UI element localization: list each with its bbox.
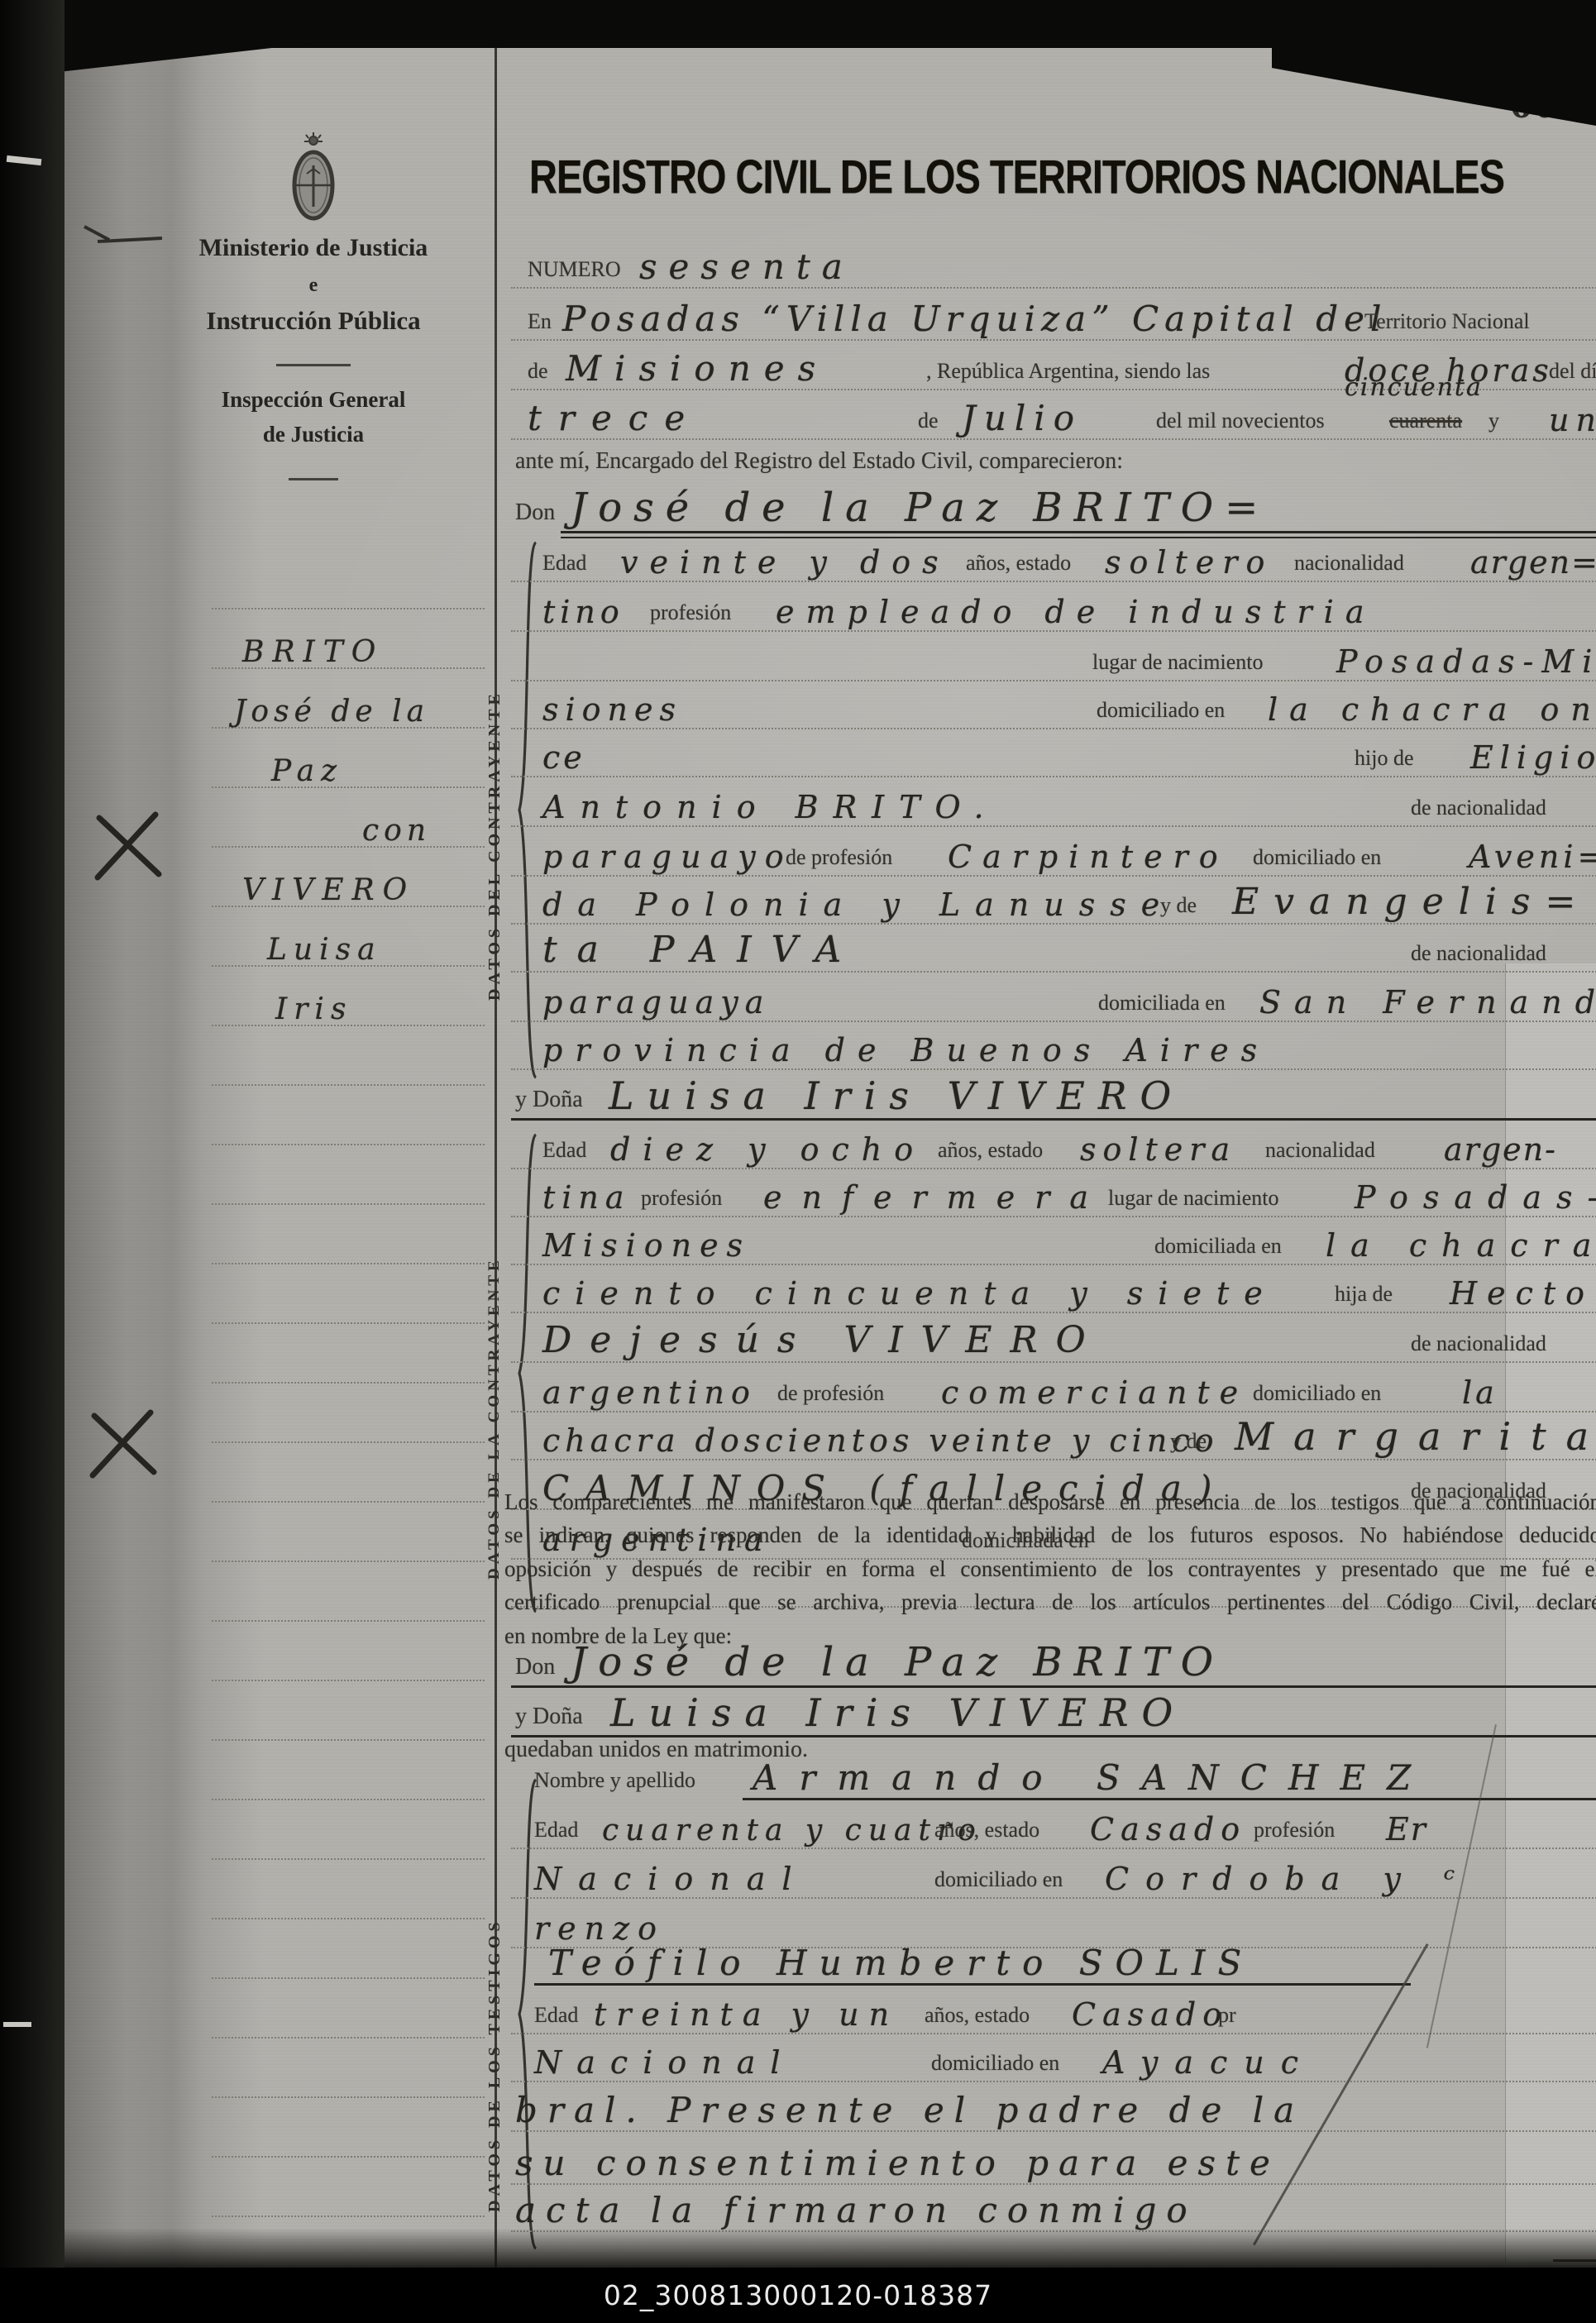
form-row: Edadveinte y dosaños, estadosolteronacio… xyxy=(511,534,1596,582)
printed-label: domiciliada en xyxy=(1098,991,1226,1016)
handwritten-entry: tina xyxy=(542,1179,631,1216)
form-row: lugar de nacimientoPosadas-Mi= xyxy=(511,633,1596,681)
handwritten-entry: Ayacuc xyxy=(1102,2044,1315,2081)
archive-code: 02_300813000120-018387 xyxy=(604,2279,992,2311)
printed-label: y de xyxy=(1170,1429,1207,1454)
printed-label: NUMERO xyxy=(528,257,621,282)
closing-paragraph-line: en nombre de la Ley que: xyxy=(504,1619,1596,1652)
printed-label: de xyxy=(528,359,548,384)
printed-label: lugar de nacimiento xyxy=(1108,1186,1278,1211)
handwritten-entry: San Fernando xyxy=(1259,984,1596,1020)
handwritten-entry: Carpintero xyxy=(948,839,1229,875)
printed-label: lugar de nacimiento xyxy=(1092,650,1263,675)
printed-label: y xyxy=(1488,409,1499,433)
spine-mark xyxy=(7,155,42,165)
printed-label: de nacionalidad xyxy=(1411,941,1546,966)
handwritten-entry: Misiones xyxy=(542,1227,751,1264)
printed-label: profesión xyxy=(650,600,731,625)
handwritten-entry: Margarita xyxy=(1235,1414,1596,1459)
form-row: ciento cincuenta y sietehija deHector xyxy=(511,1265,1596,1313)
printed-label: años, estado xyxy=(966,551,1071,576)
handwritten-entry: Armando SANCHEZ xyxy=(753,1757,1432,1798)
printed-label: domiciliado en xyxy=(1253,845,1381,870)
form-row: tinaprofesiónenfermeralugar de nacimient… xyxy=(511,1169,1596,1217)
printed-label: Territorio Nacional xyxy=(1364,309,1530,334)
handwritten-entry: Luisa Iris VIVERO xyxy=(609,1073,1184,1118)
form-row: provincia de Buenos Aires xyxy=(511,1022,1596,1070)
form-row: ante mí, Encargado del Registro del Esta… xyxy=(511,433,1596,480)
handwritten-entry: Julio xyxy=(962,398,1082,438)
handwritten-entry: José de la Paz BRITO= xyxy=(571,485,1269,531)
form-row: DonJosé de la Paz BRITO= xyxy=(561,485,1596,533)
printed-label: años, estado xyxy=(934,1818,1039,1843)
handwritten-entry: Dejesús VIVERO xyxy=(542,1319,1104,1361)
handwritten-entry: argentino xyxy=(542,1374,757,1411)
handwritten-entry: soltera xyxy=(1080,1131,1236,1168)
handwritten-entry: Nacional xyxy=(534,2044,796,2081)
printed-label: ante mí, Encargado del Registro del Esta… xyxy=(515,448,1123,475)
handwritten-entry: treinta y un xyxy=(594,1996,899,2033)
printed-label: pr xyxy=(1218,2003,1236,2028)
printed-label: Don xyxy=(515,499,555,526)
handwritten-entry: provincia de Buenos Aires xyxy=(542,1032,1269,1068)
printed-label: domiciliada en xyxy=(1154,1234,1282,1259)
printed-label: del día xyxy=(1549,359,1596,384)
handwritten-entry: paraguaya xyxy=(542,984,770,1020)
handwritten-entry: comerciante xyxy=(941,1374,1248,1411)
form-row: argentinode profesióncomerciantedomicili… xyxy=(511,1365,1596,1412)
closing-paragraph-line: certificado prenupcial que se archiva, p… xyxy=(504,1585,1596,1618)
closing-paragraph: Los comparecientes me manifestaron que q… xyxy=(504,1485,1596,1652)
printed-label: de nacionalidad xyxy=(1411,796,1546,820)
printed-label: del mil novecientos xyxy=(1156,409,1325,433)
handwritten-entry: chacra doscientos veinte y cinco xyxy=(542,1422,1218,1459)
book-spine xyxy=(0,0,65,2323)
form-row: sionesdomiciliado enla chacra on= xyxy=(511,681,1596,729)
scan-bottom-bar: 02_300813000120-018387 xyxy=(0,2268,1596,2323)
printed-label: nacionalidad xyxy=(1265,1138,1375,1163)
printed-label: de profesión xyxy=(777,1381,884,1406)
printed-label: domiciliado en xyxy=(1253,1381,1381,1406)
handwritten-entry: la chacra on= xyxy=(1268,691,1596,728)
handwritten-entry: da Polonia y Lanusse xyxy=(542,887,1174,923)
printed-label: domiciliado en xyxy=(934,1867,1063,1892)
form-row: su consentimiento para este xyxy=(511,2137,1596,2185)
form-row: Teófilo Humberto SOLIS xyxy=(534,1937,1411,1986)
printed-label: y de xyxy=(1160,893,1197,918)
form-row: da Polonia y Lanussey deEvangelis= xyxy=(511,877,1596,925)
form-row: Edadtreinta y unaños, estadoCasadopr xyxy=(511,1986,1596,2034)
handwritten-entry: siones xyxy=(542,691,682,728)
printed-label: de xyxy=(918,409,939,433)
closing-paragraph-line: oposición y después de recibir en forma … xyxy=(504,1552,1596,1585)
form-row: tinoprofesiónempleado de industria xyxy=(511,584,1596,632)
handwritten-entry: ce xyxy=(542,739,585,776)
printed-label: años, estado xyxy=(938,1138,1043,1163)
handwritten-entry: veinte y dos xyxy=(620,544,950,581)
printed-label: hijo de xyxy=(1355,746,1414,771)
handwritten-entry: Posadas- xyxy=(1355,1179,1596,1216)
handwritten-entry: Posadas-Mi= xyxy=(1336,643,1596,680)
printed-label: , República Argentina, siendo las xyxy=(926,359,1210,384)
form-row: chacra doscientos veinte y cincoy deMarg… xyxy=(511,1412,1596,1460)
printed-label: profesión xyxy=(641,1186,722,1211)
handwritten-entry: Evangelis= xyxy=(1232,881,1590,923)
handwritten-entry: soltero xyxy=(1105,544,1273,581)
handwritten-entry: enfermera xyxy=(763,1179,1108,1216)
handwritten-entry: paraguayo xyxy=(542,839,793,875)
handwritten-entry: cincuenta xyxy=(1345,373,1483,402)
form-rows: NUMEROsesentaEnPosadas “Villa Urquiza” C… xyxy=(65,0,1596,2323)
handwritten-entry: sesenta xyxy=(639,246,854,287)
printed-label: domiciliado en xyxy=(1097,698,1225,723)
form-row: Nacionaldomiciliado enCordoba y ᶜ xyxy=(511,1851,1596,1899)
page-bottom-shadow xyxy=(65,2228,1596,2268)
handwritten-entry: argen- xyxy=(1444,1131,1557,1168)
handwritten-entry: Aveni= xyxy=(1469,839,1596,875)
printed-label: domiciliado en xyxy=(931,2051,1059,2076)
form-row: Nacionaldomiciliado enAyacuc xyxy=(511,2034,1596,2082)
handwritten-entry: Casado xyxy=(1090,1811,1246,1847)
form-row: bral. Presente el padre de la xyxy=(511,2084,1596,2132)
printed-label: nacionalidad xyxy=(1294,551,1404,576)
form-row: Misionesdomiciliada enla chacra xyxy=(511,1217,1596,1265)
handwritten-entry: Eligio xyxy=(1470,739,1596,776)
printed-label: Edad xyxy=(534,2003,578,2028)
printed-label: Edad xyxy=(542,1138,586,1163)
handwritten-entry: diez y ocho xyxy=(610,1131,925,1168)
printed-label: profesión xyxy=(1254,1818,1335,1843)
form-row: paraguayode profesiónCarpinterodomicilia… xyxy=(511,829,1596,877)
form-row: NUMEROsesenta xyxy=(511,241,1596,289)
form-row: Nombre y apellidoArmando SANCHEZ xyxy=(743,1752,1596,1800)
handwritten-entry: cuarenta y cuatro xyxy=(602,1814,982,1847)
form-row: ta PAIVAde nacionalidad xyxy=(511,925,1596,973)
handwritten-entry: ta PAIVA xyxy=(542,929,861,971)
spine-mark xyxy=(3,2022,31,2027)
printed-label: Nombre y apellido xyxy=(534,1768,695,1793)
handwritten-entry: ciento cincuenta y siete xyxy=(542,1275,1278,1312)
handwritten-entry: acta la firmaron conmigo xyxy=(515,2190,1197,2230)
handwritten-entry: tino xyxy=(542,594,624,630)
printed-label: y Doña xyxy=(515,1087,583,1113)
handwritten-entry: Cordoba y ᶜ xyxy=(1105,1861,1471,1897)
handwritten-entry: Posadas “Villa Urquiza” Capital del xyxy=(562,299,1387,339)
printed-label: años, estado xyxy=(925,2003,1030,2028)
printed-label: hija de xyxy=(1335,1282,1393,1307)
form-row: Edaddiez y ochoaños, estadosolteranacion… xyxy=(511,1121,1596,1169)
handwritten-entry: argen= xyxy=(1470,544,1596,581)
printed-label: cuarenta xyxy=(1389,409,1462,433)
closing-paragraph-line: se indican, quienes responden de la iden… xyxy=(504,1518,1596,1551)
form-row: Edadcuarenta y cuatroaños, estadoCasadop… xyxy=(511,1801,1596,1849)
handwritten-entry: Teófilo Humberto SOLIS xyxy=(548,1943,1254,1983)
registro-civil-page: Ministerio de Justicia e Instrucción Púb… xyxy=(65,0,1596,2323)
handwritten-entry: Misiones xyxy=(566,348,829,389)
printed-label: de nacionalidad xyxy=(1411,1331,1546,1356)
printed-label: En xyxy=(528,309,552,334)
form-row: Dejesús VIVEROde nacionalidad xyxy=(511,1315,1596,1363)
form-row: Antonio BRITO.de nacionalidad xyxy=(511,779,1596,827)
handwritten-entry: Nacional xyxy=(534,1861,809,1897)
form-row: paraguayadomiciliada enSan Fernando xyxy=(511,974,1596,1022)
form-row: acta la firmaron conmigo xyxy=(511,2184,1596,2232)
handwritten-entry: Antonio BRITO. xyxy=(542,789,999,825)
handwritten-entry: bral. Presente el padre de la xyxy=(515,2090,1304,2130)
handwritten-entry: trece xyxy=(528,398,701,438)
closing-paragraph-line: Los comparecientes me manifestaron que q… xyxy=(504,1485,1596,1518)
form-row: EnPosadas “Villa Urquiza” Capital delTer… xyxy=(511,293,1596,341)
printed-label: Edad xyxy=(534,1818,578,1843)
handwritten-entry: la xyxy=(1462,1374,1498,1411)
handwritten-entry: Hector xyxy=(1450,1275,1596,1312)
printed-label: Edad xyxy=(542,551,586,576)
printed-label: Don xyxy=(515,1654,555,1680)
handwritten-entry: su consentimiento para este xyxy=(515,2143,1280,2183)
form-row: cehijo deEligio xyxy=(511,729,1596,777)
handwritten-entry: Er xyxy=(1386,1811,1427,1847)
printed-label: de profesión xyxy=(786,845,892,870)
handwritten-entry: la chacra xyxy=(1326,1227,1596,1264)
handwritten-entry: empleado de industria xyxy=(776,594,1376,630)
handwritten-entry: Casado xyxy=(1072,1996,1228,2033)
form-row: y DoñaLuisa Iris VIVERO xyxy=(511,1072,1596,1121)
